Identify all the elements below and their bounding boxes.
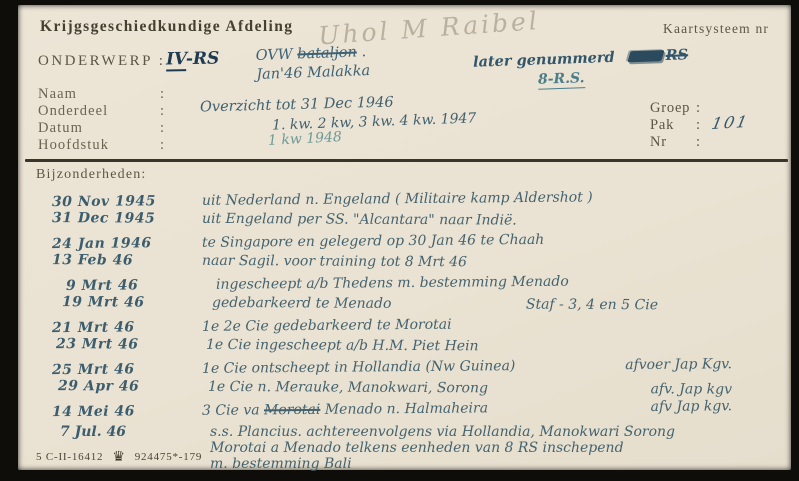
entry-text: naar Sagil. voor training tot 8 Mrt 46 bbox=[202, 251, 467, 273]
onderwerp-roman: IV bbox=[166, 49, 186, 71]
ink-blot bbox=[627, 50, 664, 62]
entry-text: 1e Cie ingescheept a/b H.M. Piet Hein bbox=[206, 335, 479, 357]
field-colon: : bbox=[160, 120, 164, 137]
struck-designation: RS bbox=[665, 46, 688, 64]
entry-line: Morotai a Menado telkens eenheden van 8 … bbox=[210, 440, 675, 456]
entry-date: 13 Feb 46 bbox=[52, 250, 202, 272]
index-card: Krijgsgeschiedkundige Afdeling Kaartsyst… bbox=[18, 5, 791, 470]
renumber-annotation: later genummerdRS bbox=[473, 46, 689, 70]
horizontal-divider bbox=[25, 159, 788, 162]
entry-date: 23 Mrt 46 bbox=[52, 334, 206, 356]
entry-date: 19 Mrt 46 bbox=[52, 292, 212, 314]
entry-row: 14 Mei 46 3 Cie va Morotai Menado n. Hal… bbox=[52, 396, 778, 423]
entry-text-multiline: s.s. Plancius. achtereenvolgens via Holl… bbox=[210, 424, 675, 472]
entry-text: uit Nederland n. Engeland ( Militaire ka… bbox=[202, 187, 593, 211]
kaartsysteem-label: Kaartsysteem nr bbox=[663, 21, 769, 37]
entry-text: 3 Cie va Morotai Menado n. Halmaheira bbox=[202, 398, 488, 421]
entry-date: 7 Jul. 46 bbox=[52, 424, 210, 440]
entry-text: 1e Cie n. Merauke, Manokwari, Sorong bbox=[208, 377, 488, 399]
field-colon: : bbox=[160, 103, 164, 120]
crown-icon: ♛ bbox=[112, 452, 125, 463]
form-code-right: 924475*-179 bbox=[135, 451, 202, 463]
entry-date: 29 Apr 46 bbox=[52, 376, 208, 398]
pak-value: 101 bbox=[710, 112, 751, 133]
entry-line: s.s. Plancius. achtereenvolgens via Holl… bbox=[210, 424, 675, 440]
field-label-nr: Nr: bbox=[650, 134, 701, 151]
entries-list: 30 Nov 1945 uit Nederland n. Engeland ( … bbox=[52, 189, 778, 472]
field-label-hoofdstuk: Hoofdstuk bbox=[38, 137, 109, 154]
field-colon: : bbox=[160, 86, 164, 103]
entry-date: 14 Mei 46 bbox=[52, 401, 202, 423]
entry-text: gedebarkeerd te Menado bbox=[212, 293, 391, 315]
field-colon: : bbox=[160, 137, 164, 154]
entry-text: uit Engeland per SS. "Alcantara" naar In… bbox=[202, 209, 517, 232]
card-footer: 5 C-II-16412 ♛ 924475*-179 bbox=[36, 451, 202, 463]
onderwerp-annotation: OVW bataljon . Jan'46 Malakka bbox=[255, 43, 370, 85]
entry-row: 7 Jul. 46 s.s. Plancius. achtereenvolgen… bbox=[52, 424, 778, 472]
renumber-new-value: 8-R.S. bbox=[538, 70, 585, 90]
onderwerp-value: IV-RS bbox=[166, 49, 220, 70]
struck-word: bataljon bbox=[297, 44, 357, 62]
field-label-groep: Groep: bbox=[650, 100, 701, 117]
field-label-pak: Pak: bbox=[650, 117, 701, 134]
ovw-line2: Jan'46 Malakka bbox=[256, 62, 370, 85]
entry-text: ingescheept a/b Thedens m. bestemming Me… bbox=[216, 272, 569, 296]
hoofdstuk-value: 1 kw 1948 bbox=[268, 129, 343, 149]
struck-word: Morotai bbox=[264, 402, 320, 418]
entry-note: afvoer Jap Kgv. bbox=[625, 354, 732, 376]
field-label-datum: Datum bbox=[38, 120, 83, 137]
field-label-onderdeel: Onderdeel bbox=[38, 103, 108, 120]
field-label-naam: Naam bbox=[38, 86, 77, 103]
entry-line: m. bestemming Bali bbox=[210, 456, 675, 472]
form-code-left: 5 C-II-16412 bbox=[36, 451, 103, 463]
onderdeel-value: Overzicht tot 31 Dec 1946 bbox=[200, 94, 394, 115]
bijzonderheden-label: Bijzonderheden: bbox=[36, 167, 147, 183]
entry-note: afv Jap kgv. bbox=[650, 396, 732, 418]
card-title: Krijgsgeschiedkundige Afdeling bbox=[40, 18, 293, 36]
onderwerp-label: ONDERWERP : bbox=[38, 53, 165, 70]
entry-date: 31 Dec 1945 bbox=[52, 208, 202, 230]
